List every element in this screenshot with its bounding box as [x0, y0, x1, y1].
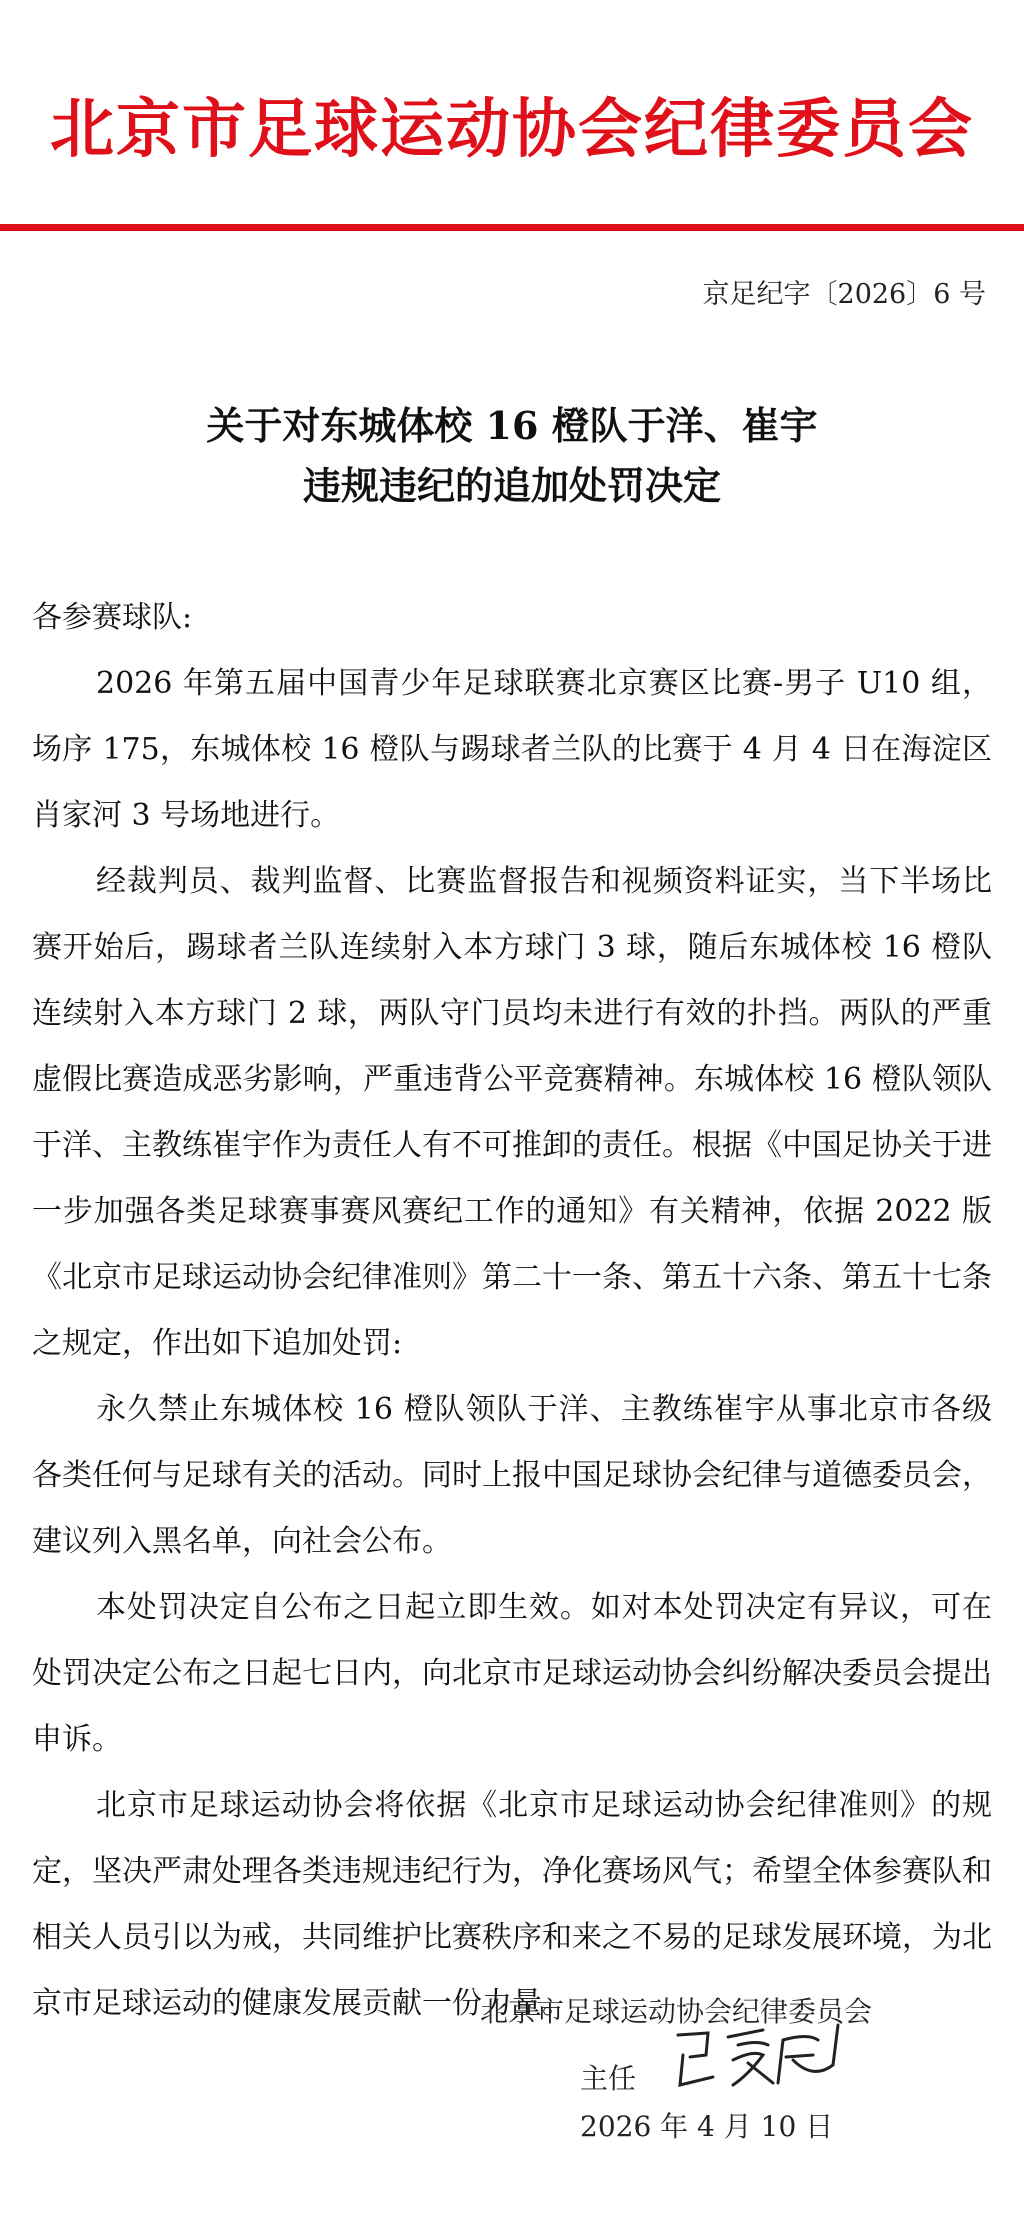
- paragraph-match-info: 2026 年第五届中国青少年足球联赛北京赛区比赛-男子 U10 组，场序 175…: [32, 651, 992, 849]
- signature-role: 主任: [580, 2057, 636, 2097]
- paragraph-penalty: 永久禁止东城体校 16 橙队领队于洋、主教练崔宇从事北京市各级各类任何与足球有关…: [32, 1377, 992, 1575]
- paragraph-appeal: 本处罚决定自公布之日起立即生效。如对本处罚决定有异议，可在处罚决定公布之日起七日…: [32, 1575, 992, 1773]
- handwritten-signature-icon: [668, 2015, 848, 2095]
- document-body: 各参赛球队: 2026 年第五届中国青少年足球联赛北京赛区比赛-男子 U10 组…: [32, 585, 992, 2037]
- masthead-organization: 北京市足球运动协会纪律委员会: [0, 78, 1024, 170]
- document-number: 京足纪字〔2026〕6 号: [703, 272, 986, 311]
- header-divider: [0, 224, 1024, 231]
- document-title-line-1: 关于对东城体校 16 橙队于洋、崔宇: [0, 395, 1024, 450]
- document-title-line-2: 违规违纪的追加处罚决定: [0, 455, 1024, 510]
- signature-date: 2026 年 4 月 10 日: [580, 2105, 833, 2145]
- paragraph-findings: 经裁判员、裁判监督、比赛监督报告和视频资料证实，当下半场比赛开始后，踢球者兰队连…: [32, 849, 992, 1377]
- salutation: 各参赛球队:: [32, 585, 992, 651]
